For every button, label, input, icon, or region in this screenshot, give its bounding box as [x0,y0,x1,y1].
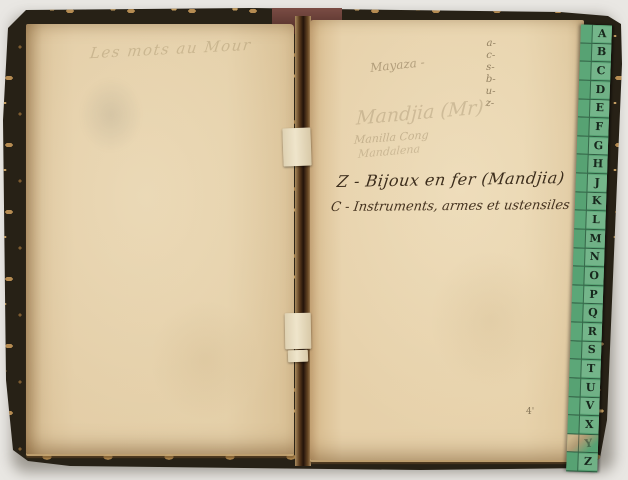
tab-letter: M [586,230,606,247]
tab-L: L [574,211,606,231]
tab-U: U [569,378,601,398]
right-page [310,20,584,460]
tab-letter: U [581,379,601,396]
binding-tape [282,128,311,167]
tab-J: J [575,173,607,193]
tab-K: K [575,192,607,212]
tab-T: T [569,360,601,380]
tab-N: N [573,248,605,268]
tab-letter: O [584,268,604,285]
tab-F: F [577,118,609,138]
tab-letter: G [589,137,609,154]
tab-O: O [572,266,604,286]
tab-letter: X [579,417,599,434]
tab-X: X [567,415,599,435]
tab-letter: F [589,119,609,136]
tab-C: C [579,62,611,82]
tab-letter: Z [578,454,598,471]
book-gutter [295,16,311,466]
tab-Q: Q [571,304,603,324]
pencil-list-item: a- [486,38,496,50]
tab-Y: Y [567,434,599,454]
pencil-list-item: s- [486,62,496,74]
pencil-corner-mark: 4' [526,407,534,417]
binding-tape [288,350,308,363]
tab-letter: T [581,361,601,378]
tab-letter: V [580,398,600,415]
tab-letter: K [587,193,607,210]
tab-letter: A [592,26,612,43]
tab-letter: E [590,100,610,117]
tab-M: M [574,229,606,249]
pencil-list-item: b- [486,74,496,86]
tab-Z: Z [566,453,598,473]
tab-P: P [572,285,604,305]
scanned-book-page: Les mots au Mour Mayaza - a- c- s- b- u-… [0,0,628,480]
tab-B: B [580,43,612,63]
pencil-list-item: u- [486,86,496,98]
tab-H: H [576,155,608,175]
tab-letter: S [582,342,602,359]
tab-E: E [578,99,610,119]
tab-letter: J [588,175,608,192]
tab-R: R [571,322,603,342]
tab-letter: Q [583,305,603,322]
tab-letter: L [586,212,606,229]
binding-tape [285,313,312,349]
tab-G: G [577,136,609,156]
tab-letter: N [585,249,605,266]
tab-letter: R [583,324,603,341]
pencil-list-item: c- [486,50,496,62]
tab-A: A [580,24,612,44]
left-page [26,24,294,454]
tab-V: V [568,397,600,417]
tab-letter: C [591,63,611,80]
tab-letter: D [591,82,611,99]
ink-entry-line: C - Instruments, armes et ustensiles [330,198,571,215]
tab-S: S [570,341,602,361]
pencil-letter-column: a- c- s- b- u- z- [485,38,496,110]
tab-D: D [579,80,611,100]
tab-letter: P [584,286,604,303]
ink-entry-line: Z - Bijoux en fer (Mandjia) [336,168,566,191]
pencil-list-item: z- [485,98,495,110]
tab-letter: H [588,156,608,173]
tab-letter: B [592,44,612,61]
tab-letter: Y [578,435,599,453]
